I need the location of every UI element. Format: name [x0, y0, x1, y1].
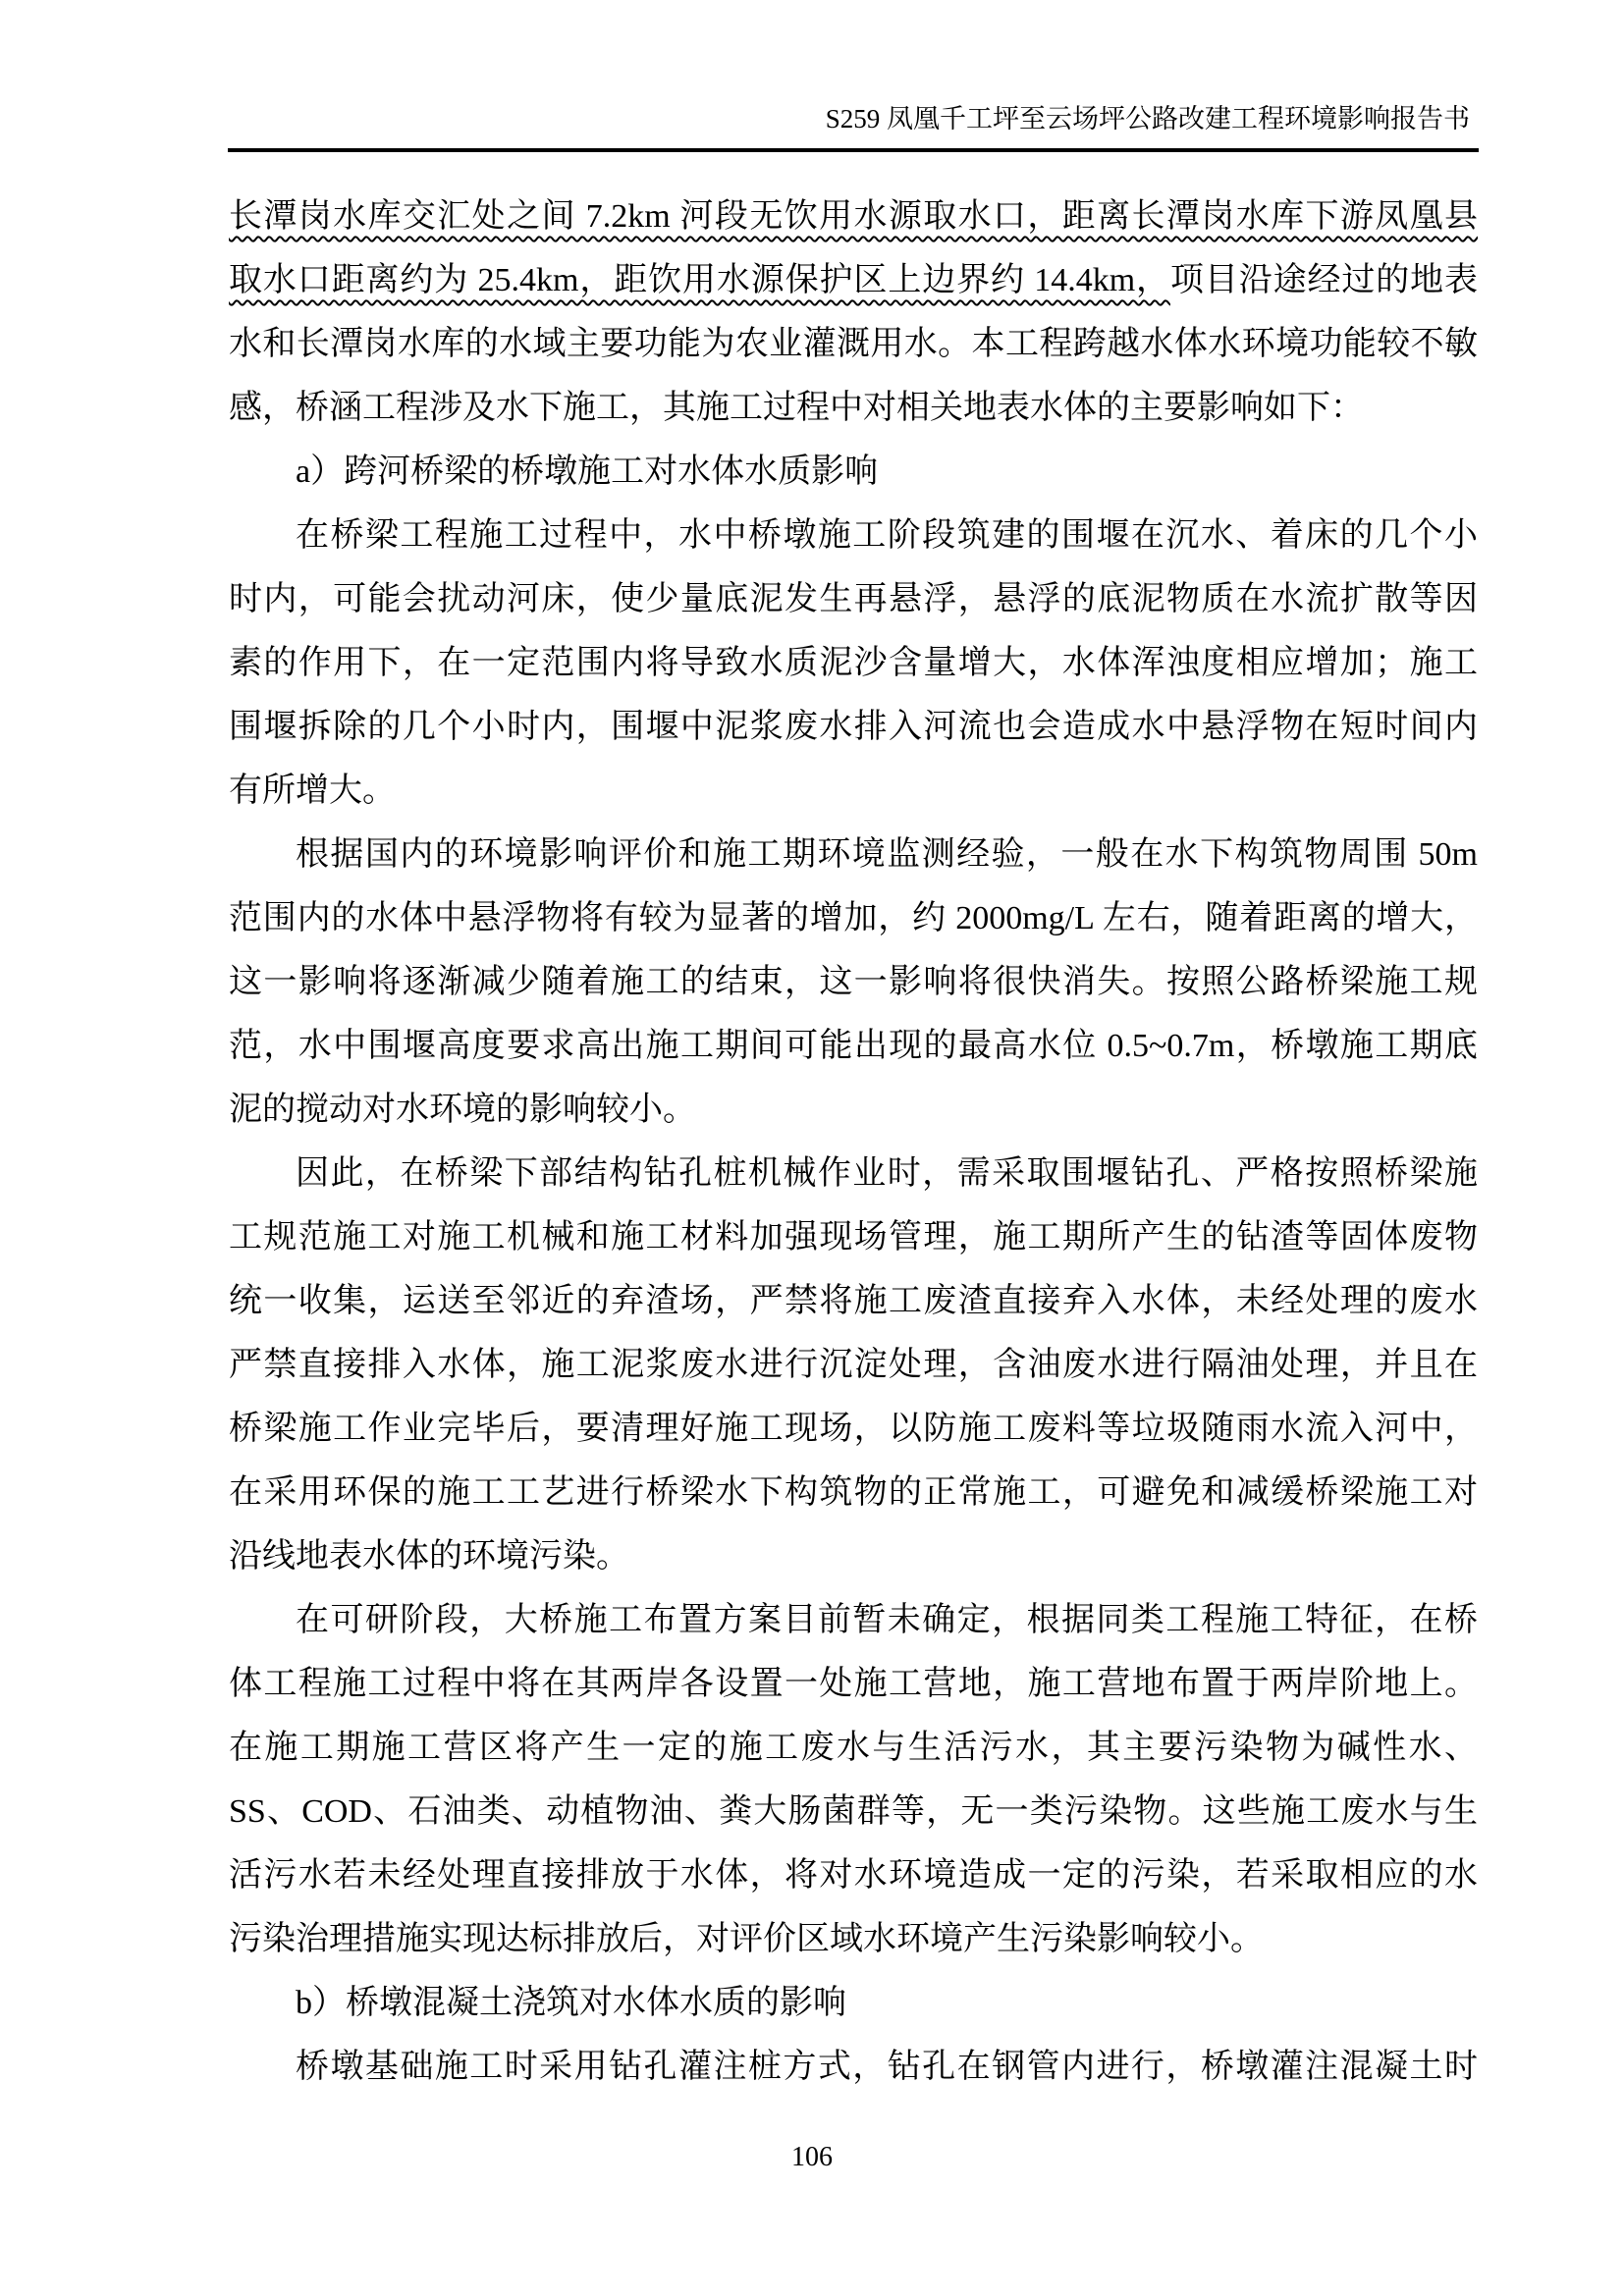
text-segment: 工规范施工对施工机械和施工材料加强现场管理，施工期所产生的钻渣等固体废物	[229, 1219, 1478, 1255]
text-line: 活污水若未经处理直接排放于水体，将对水环境造成一定的污染，若采取相应的水	[229, 1843, 1478, 1907]
text-line: 水和长潭岗水库的水域主要功能为农业灌溉用水。本工程跨越水体水环境功能较不敏	[229, 312, 1478, 376]
text-segment: 沿线地表水体的环境污染。	[229, 1538, 629, 1575]
text-line: 桥墩基础施工时采用钻孔灌注桩方式，钻孔在钢管内进行，桥墩灌注混凝土时	[229, 2035, 1478, 2099]
section-heading-b: b）桥墩混凝土浇筑对水体水质的影响	[229, 1971, 1478, 2035]
text-line: 素的作用下，在一定范围内将导致水质泥沙含量增大，水体浑浊度相应增加；施工	[229, 631, 1478, 695]
text-line: 在采用环保的施工工艺进行桥梁水下构筑物的正常施工，可避免和减缓桥梁施工对	[229, 1461, 1478, 1524]
text-segment: 泥的搅动对水环境的影响较小。	[229, 1092, 696, 1128]
text-segment: a）跨河桥梁的桥墩施工对水体水质影响	[296, 454, 878, 490]
text-segment: 严禁直接排入水体，施工泥浆废水进行沉淀处理，含油废水进行隔油处理，并且在	[229, 1347, 1478, 1383]
text-line: 有所增大。	[229, 759, 1478, 823]
text-segment: 桥墩基础施工时采用钻孔灌注桩方式，钻孔在钢管内进行，桥墩灌注混凝土时	[296, 2049, 1478, 2085]
text-line: 在桥梁工程施工过程中，水中桥墩施工阶段筑建的围堰在沉水、着床的几个小	[229, 504, 1478, 567]
text-line: 体工程施工过程中将在其两岸各设置一处施工营地，施工营地布置于两岸阶地上。	[229, 1652, 1478, 1716]
text-line: 在可研阶段，大桥施工布置方案目前暂未确定，根据同类工程施工特征，在桥	[229, 1588, 1478, 1652]
text-segment: 围堰拆除的几个小时内，围堰中泥浆废水排入河流也会造成水中悬浮物在短时间内	[229, 709, 1478, 745]
text-segment: 在可研阶段，大桥施工布置方案目前暂未确定，根据同类工程施工特征，在桥	[296, 1602, 1478, 1638]
text-segment: 这一影响将逐渐减少随着施工的结束，这一影响将很快消失。按照公路桥梁施工规	[229, 964, 1478, 1000]
page-number: 106	[0, 2142, 1624, 2173]
text-segment: 感，桥涵工程涉及水下施工，其施工过程中对相关地表水体的主要影响如下：	[229, 390, 1364, 426]
text-line: 统一收集，运送至邻近的弃渣场，严禁将施工废渣直接弃入水体，未经处理的废水	[229, 1269, 1478, 1333]
text-segment: 范围内的水体中悬浮物将有较为显著的增加，约 2000mg/L 左右，随着距离的增…	[229, 900, 1478, 936]
underlined-text: 取水口距离约为 25.4km，距饮用水源保护区上边界约 14.4km，	[229, 262, 1170, 298]
text-segment: 在施工期施工营区将产生一定的施工废水与生活污水，其主要污染物为碱性水、	[229, 1730, 1478, 1766]
text-line: 严禁直接排入水体，施工泥浆废水进行沉淀处理，含油废水进行隔油处理，并且在	[229, 1333, 1478, 1397]
document-body: 长潭岗水库交汇处之间 7.2km 河段无饮用水源取水口，距离长潭岗水库下游凤凰县…	[229, 185, 1478, 2099]
text-segment: b）桥墩混凝土浇筑对水体水质的影响	[296, 1985, 846, 2021]
text-line: 这一影响将逐渐减少随着施工的结束，这一影响将很快消失。按照公路桥梁施工规	[229, 950, 1478, 1014]
text-segment: 桥梁施工作业完毕后，要清理好施工现场，以防施工废料等垃圾随雨水流入河中，	[229, 1411, 1478, 1447]
text-line: 工规范施工对施工机械和施工材料加强现场管理，施工期所产生的钻渣等固体废物	[229, 1205, 1478, 1269]
text-line: 因此，在桥梁下部结构钻孔桩机械作业时，需采取围堰钻孔、严格按照桥梁施	[229, 1142, 1478, 1205]
text-segment: 范，水中围堰高度要求高出施工期间可能出现的最高水位 0.5~0.7m，桥墩施工期…	[229, 1028, 1478, 1064]
text-segment: 在采用环保的施工工艺进行桥梁水下构筑物的正常施工，可避免和减缓桥梁施工对	[229, 1474, 1478, 1511]
text-line: SS、COD、石油类、动植物油、粪大肠菌群等，无一类污染物。这些施工废水与生	[229, 1780, 1478, 1843]
section-heading-a: a）跨河桥梁的桥墩施工对水体水质影响	[229, 440, 1478, 504]
text-segment: 在桥梁工程施工过程中，水中桥墩施工阶段筑建的围堰在沉水、着床的几个小	[296, 517, 1478, 554]
text-segment: 根据国内的环境影响评价和施工期环境监测经验，一般在水下构筑物周围 50m	[296, 836, 1478, 873]
text-line: 感，桥涵工程涉及水下施工，其施工过程中对相关地表水体的主要影响如下：	[229, 376, 1478, 440]
page-header-title: S259 凤凰千工坪至云场坪公路改建工程环境影响报告书	[826, 102, 1470, 135]
text-line: 围堰拆除的几个小时内，围堰中泥浆废水排入河流也会造成水中悬浮物在短时间内	[229, 695, 1478, 759]
text-segment: 有所增大。	[229, 773, 396, 809]
text-segment: 体工程施工过程中将在其两岸各设置一处施工营地，施工营地布置于两岸阶地上。	[229, 1666, 1478, 1702]
text-line: 污染治理措施实现达标排放后，对评价区域水环境产生污染影响较小。	[229, 1907, 1478, 1971]
text-line: 范围内的水体中悬浮物将有较为显著的增加，约 2000mg/L 左右，随着距离的增…	[229, 886, 1478, 950]
text-segment: 时内，可能会扰动河床，使少量底泥发生再悬浮，悬浮的底泥物质在水流扩散等因	[229, 581, 1478, 617]
document-page: S259 凤凰千工坪至云场坪公路改建工程环境影响报告书 长潭岗水库交汇处之间 7…	[0, 0, 1624, 2296]
text-line: 根据国内的环境影响评价和施工期环境监测经验，一般在水下构筑物周围 50m	[229, 823, 1478, 886]
text-segment: 活污水若未经处理直接排放于水体，将对水环境造成一定的污染，若采取相应的水	[229, 1857, 1478, 1894]
text-segment: 因此，在桥梁下部结构钻孔桩机械作业时，需采取围堰钻孔、严格按照桥梁施	[296, 1155, 1478, 1192]
underlined-text: 长潭岗水库交汇处之间 7.2km 河段无饮用水源取水口，距离长潭岗水库下游凤凰县	[229, 198, 1478, 235]
text-line: 时内，可能会扰动河床，使少量底泥发生再悬浮，悬浮的底泥物质在水流扩散等因	[229, 567, 1478, 631]
text-segment: 水和长潭岗水库的水域主要功能为农业灌溉用水。本工程跨越水体水环境功能较不敏	[229, 326, 1478, 362]
text-line: 长潭岗水库交汇处之间 7.2km 河段无饮用水源取水口，距离长潭岗水库下游凤凰县	[229, 185, 1478, 248]
text-line: 范，水中围堰高度要求高出施工期间可能出现的最高水位 0.5~0.7m，桥墩施工期…	[229, 1014, 1478, 1078]
text-line: 沿线地表水体的环境污染。	[229, 1524, 1478, 1588]
text-line: 取水口距离约为 25.4km，距饮用水源保护区上边界约 14.4km，项目沿途经…	[229, 248, 1478, 312]
text-line: 桥梁施工作业完毕后，要清理好施工现场，以防施工废料等垃圾随雨水流入河中，	[229, 1397, 1478, 1461]
text-segment: 素的作用下，在一定范围内将导致水质泥沙含量增大，水体浑浊度相应增加；施工	[229, 645, 1478, 681]
header-rule	[228, 148, 1479, 152]
text-segment: SS、COD、石油类、动植物油、粪大肠菌群等，无一类污染物。这些施工废水与生	[229, 1793, 1478, 1830]
text-segment: 项目沿途经过的地表	[1170, 262, 1478, 298]
text-segment: 统一收集，运送至邻近的弃渣场，严禁将施工废渣直接弃入水体，未经处理的废水	[229, 1283, 1478, 1319]
text-segment: 污染治理措施实现达标排放后，对评价区域水环境产生污染影响较小。	[229, 1921, 1264, 1957]
text-line: 在施工期施工营区将产生一定的施工废水与生活污水，其主要污染物为碱性水、	[229, 1716, 1478, 1780]
text-line: 泥的搅动对水环境的影响较小。	[229, 1078, 1478, 1142]
